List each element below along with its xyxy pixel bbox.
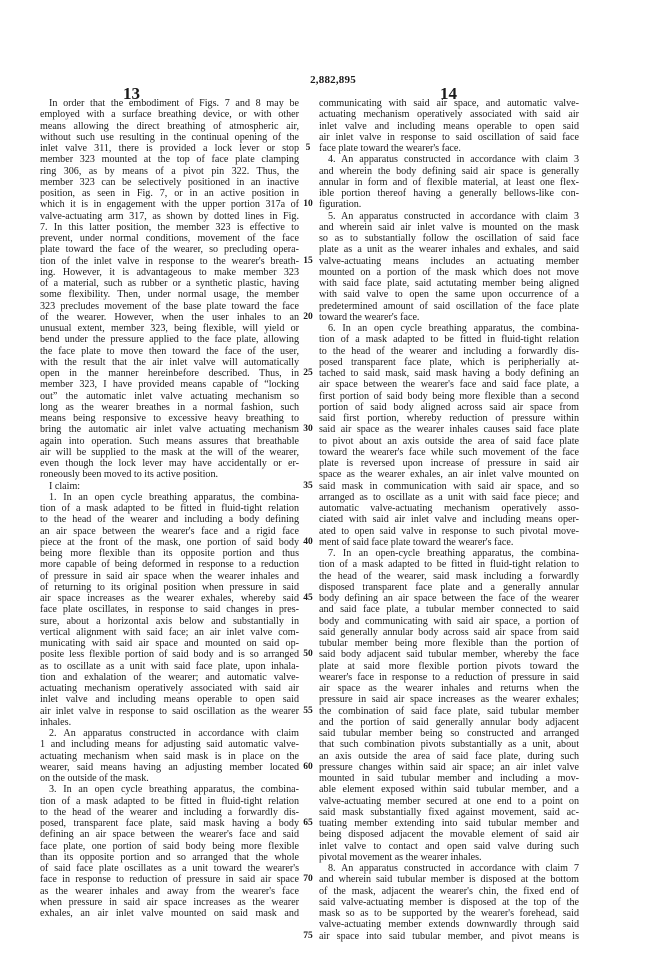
text-line: that such combination pivots substantial… xyxy=(319,739,579,750)
text-line: said air space as the wearer inhales cau… xyxy=(319,424,579,435)
text-line: of returning to its original position wh… xyxy=(40,582,299,593)
text-line: inlet valve and including means operable… xyxy=(319,121,579,132)
line-number: 45 xyxy=(300,593,316,604)
text-line: actuating mechanism operatively associat… xyxy=(319,109,579,120)
line-number: 60 xyxy=(300,762,316,773)
line-number: 5 xyxy=(300,143,316,154)
text-line: portion of said body aligned across said… xyxy=(319,402,579,413)
text-line: 323 precludes movement of the base plate… xyxy=(40,301,299,312)
text-line: said mask substantially fixed against mo… xyxy=(319,807,579,818)
text-line: and wherein said tubular member is dispo… xyxy=(319,874,579,885)
text-line: said first portion, whereby reduction of… xyxy=(319,413,579,424)
text-line: 5. An apparatus constructed in accordanc… xyxy=(319,211,579,222)
text-line: being more flexible than its opposite po… xyxy=(40,548,299,559)
text-line: the combination of said face plate, said… xyxy=(319,706,579,717)
text-line: than its opposite portion and so arrange… xyxy=(40,852,299,863)
text-line: actuating mechanism when said mask is in… xyxy=(40,751,299,762)
text-line: bring the automatic air inlet valve actu… xyxy=(40,424,299,435)
text-line: defining an air space between the wearer… xyxy=(40,829,299,840)
text-line: open in the manner hereinbefore describe… xyxy=(40,368,299,379)
text-line: disposed transparent face plate and a ge… xyxy=(319,582,579,593)
text-line: ing. However, it is advantageous to make… xyxy=(40,267,299,278)
text-line: mounted on a portion of the mask which d… xyxy=(319,267,579,278)
text-line: tion of a mask adapted to be fitted in f… xyxy=(40,503,299,514)
text-line: plate toward the face of the wearer, so … xyxy=(40,244,299,255)
text-line: arranged as to oscillate as a unit with … xyxy=(319,492,579,503)
text-line: of the mask, adjacent the wearer's chin,… xyxy=(319,886,579,897)
text-line: toward the wearer's face. xyxy=(319,312,579,323)
text-line: 4. An apparatus constructed in accordanc… xyxy=(319,154,579,165)
text-line: on the outside of the mask. xyxy=(40,773,299,784)
line-number: 65 xyxy=(300,818,316,829)
text-line: mask so as to be supported by the wearer… xyxy=(319,908,579,919)
text-line: 7. In an open-cycle breathing apparatus,… xyxy=(319,548,579,559)
text-line: and the portion of said generally annula… xyxy=(319,717,579,728)
text-line: vertical alignment with said face; an ai… xyxy=(40,627,299,638)
text-line: valve-actuating member secured at one en… xyxy=(319,796,579,807)
text-line: wearer's face in response to a reduction… xyxy=(319,672,579,683)
text-line: ated to open said valve in response to s… xyxy=(319,526,579,537)
text-line: actuating mechanism operatively associat… xyxy=(40,683,299,694)
left-text-column: In order that the embodiment of Figs. 7 … xyxy=(40,98,299,919)
text-line: face plate toward the wearer's face. xyxy=(319,143,579,154)
text-line: means allowing the direct breathing of a… xyxy=(40,121,299,132)
text-line: member 323, I have provided means capabl… xyxy=(40,379,299,390)
line-number: 30 xyxy=(300,424,316,435)
text-line: without such use resulting in the contin… xyxy=(40,132,299,143)
text-line: body and communicating with said air spa… xyxy=(319,616,579,627)
text-line: sure, about a horizontal axis below and … xyxy=(40,616,299,627)
text-line: said mask in communication with said air… xyxy=(319,481,579,492)
text-line: air inlet valve in response to said osci… xyxy=(40,706,299,717)
line-number: 40 xyxy=(300,537,316,548)
text-line: an air space between the wearer's face a… xyxy=(40,526,299,537)
text-line: said body adjacent said tubular member, … xyxy=(319,649,579,660)
line-number: 55 xyxy=(300,706,316,717)
text-line: exhales, an air inlet valve mounted on s… xyxy=(40,908,299,919)
line-number: 35 xyxy=(300,481,316,492)
text-line: roneously been moved to its active posit… xyxy=(40,469,299,480)
text-line: said generally annular body across said … xyxy=(319,627,579,638)
text-line: with the result that the air inlet valve… xyxy=(40,357,299,368)
text-line: pivotal movement as the wearer inhales. xyxy=(319,852,579,863)
text-line: valve-actuating arm 317, as shown by dot… xyxy=(40,211,299,222)
text-line: space as the wearer exhales, an air inle… xyxy=(319,469,579,480)
line-number: 20 xyxy=(300,312,316,323)
text-line: some flexibility. Then, under normal usa… xyxy=(40,289,299,300)
text-line: ring 306, as by means of a pivot pin 322… xyxy=(40,166,299,177)
text-line: air space increases as the wearer exhale… xyxy=(40,593,299,604)
text-line: an axis outside the area of said face pl… xyxy=(319,751,579,762)
text-line: piece at the front of the mask, one port… xyxy=(40,537,299,548)
patent-number: 2,882,895 xyxy=(0,74,666,86)
text-line: posite less flexible portion of said bod… xyxy=(40,649,299,660)
text-line: member 323 can be selectively positioned… xyxy=(40,177,299,188)
text-line: with said face plate, said actutating me… xyxy=(319,278,579,289)
text-line: inlet valve 311, there is provided a loc… xyxy=(40,143,299,154)
text-line: to the head of the wearer and including … xyxy=(40,514,299,525)
text-line: as to oscillate as a unit with said face… xyxy=(40,661,299,672)
text-line: of said face plate oscillates as a unit … xyxy=(40,863,299,874)
text-line: municating with said air space and mount… xyxy=(40,638,299,649)
text-line: body defining an air space between the f… xyxy=(319,593,579,604)
text-line: out” the automatic inlet valve actuating… xyxy=(40,391,299,402)
text-line: predetermined amount of said oscillation… xyxy=(319,301,579,312)
text-line: 8. An apparatus constructed in accordanc… xyxy=(319,863,579,874)
text-line: ment of said face plate toward the weare… xyxy=(319,537,579,548)
text-line: able element exposed within said tubular… xyxy=(319,784,579,795)
line-number: 25 xyxy=(300,368,316,379)
line-number: 50 xyxy=(300,649,316,660)
text-line: tion and exhalation of the wearer; and a… xyxy=(40,672,299,683)
text-line: which it is in engagement with the upper… xyxy=(40,199,299,210)
text-line: air inlet valve in response to said osci… xyxy=(319,132,579,143)
text-line: again into operation. Such means assures… xyxy=(40,436,299,447)
text-line: employed with a surface breathing device… xyxy=(40,109,299,120)
text-line: 6. In an open cycle breathing apparatus,… xyxy=(319,323,579,334)
text-line: 3. In an open cycle breathing apparatus,… xyxy=(40,784,299,795)
text-line: 7. In this latter position, the member 3… xyxy=(40,222,299,233)
line-number: 15 xyxy=(300,256,316,267)
text-line: air will be supplied to the mask at the … xyxy=(40,447,299,458)
text-line: of a material, such as rubber or a synth… xyxy=(40,278,299,289)
text-line: and said face plate, a tubular member co… xyxy=(319,604,579,615)
line-number: 70 xyxy=(300,874,316,885)
text-line: inlet valve and including means operable… xyxy=(40,694,299,705)
text-line: unusual extent, member 323, being flexib… xyxy=(40,323,299,334)
text-line: wearer, said means having an adjusting m… xyxy=(40,762,299,773)
text-line: plate at said more flexible portion pivo… xyxy=(319,661,579,672)
text-line: as the wearer inhales and away from the … xyxy=(40,886,299,897)
text-line: even though the lock lever may have acci… xyxy=(40,458,299,469)
text-line: I claim: xyxy=(40,481,299,492)
text-line: automatic valve-actuating mechanism oper… xyxy=(319,503,579,514)
text-line: air space between the wearer's face and … xyxy=(319,379,579,390)
text-line: tion of the inlet valve in response to t… xyxy=(40,256,299,267)
text-line: the face plate to move then toward the f… xyxy=(40,346,299,357)
text-line: 2. An apparatus constructed in accordanc… xyxy=(40,728,299,739)
text-line: being disposed adjacent the movable elem… xyxy=(319,829,579,840)
text-line: inlet valve to contact and open said val… xyxy=(319,841,579,852)
text-line: long as the wearer breathes in a normal … xyxy=(40,402,299,413)
text-line: means being responsive to excessive heav… xyxy=(40,413,299,424)
text-line: said tubular member being so constructed… xyxy=(319,728,579,739)
text-line: of pressure in said air space when the w… xyxy=(40,571,299,582)
text-line: 1. In an open cycle breathing apparatus,… xyxy=(40,492,299,503)
text-line: annular in form and of flexible material… xyxy=(319,177,579,188)
text-line: ciated with said air inlet valve and inc… xyxy=(319,514,579,525)
text-line: tion of a mask adapted to be fitted in f… xyxy=(319,334,579,345)
right-text-column: communicating with said air space, and a… xyxy=(319,98,579,942)
text-line: position, as seen in Fig. 7, or in an ac… xyxy=(40,188,299,199)
line-number: 10 xyxy=(300,199,316,210)
text-line: to the head of the wearer and including … xyxy=(40,807,299,818)
text-line: and wherein said air inlet valve is moun… xyxy=(319,222,579,233)
text-line: prevent, under normal conditions, moveme… xyxy=(40,233,299,244)
text-line: communicating with said air space, and a… xyxy=(319,98,579,109)
text-line: to the head of the wearer and including … xyxy=(319,346,579,357)
text-line: plate is reversed upon increase of press… xyxy=(319,458,579,469)
text-line: inhales. xyxy=(40,717,299,728)
text-line: face in response to reduction of pressur… xyxy=(40,874,299,885)
text-line: pressure changes within said air space; … xyxy=(319,762,579,773)
text-line: tuating member extending into said tubul… xyxy=(319,818,579,829)
text-line: of the wearer. However, when the user in… xyxy=(40,312,299,323)
text-line: face plate oscillates, in response to sa… xyxy=(40,604,299,615)
text-line: member 323 mounted at the top of face pl… xyxy=(40,154,299,165)
text-line: face plate, one portion of said body bei… xyxy=(40,841,299,852)
text-line: so as to substantially follow the oscill… xyxy=(319,233,579,244)
text-line: more capable of being deformed in respon… xyxy=(40,559,299,570)
text-line: valve-actuating member extends downwardl… xyxy=(319,919,579,930)
text-line: air space as the wearer inhales and retu… xyxy=(319,683,579,694)
text-line: the head of the wearer, said mask includ… xyxy=(319,571,579,582)
text-line: toward the wearer's face while such move… xyxy=(319,447,579,458)
text-line: air space into said tubular member, and … xyxy=(319,931,579,942)
text-line: 1 and including means for adjusting said… xyxy=(40,739,299,750)
text-line: tion of a mask adapted to be fitted in f… xyxy=(319,559,579,570)
text-line: tached to said mask, said mask having a … xyxy=(319,368,579,379)
text-line: ible portion thereof having a generally … xyxy=(319,188,579,199)
line-number: 75 xyxy=(300,931,316,942)
text-line: posed transparent face plate, which is p… xyxy=(319,357,579,368)
text-line: first portion of said body being more fl… xyxy=(319,391,579,402)
text-line: valve-actuating means includes an actuat… xyxy=(319,256,579,267)
text-line: mounted in said tubular member and inclu… xyxy=(319,773,579,784)
text-line: and wherein the body defining said air s… xyxy=(319,166,579,177)
text-line: posed, transparent face plate, said mask… xyxy=(40,818,299,829)
text-line: pressure in said air space increases as … xyxy=(319,694,579,705)
text-line: plate as a unit as the wearer inhales an… xyxy=(319,244,579,255)
text-line: tion of a mask adapted to be fitted in f… xyxy=(40,796,299,807)
text-line: to pivot about an axis outside the area … xyxy=(319,436,579,447)
text-line: bend under the pressure applied to the f… xyxy=(40,334,299,345)
text-line: when pressure in said air space increase… xyxy=(40,897,299,908)
text-line: said valve-actuating member is disposed … xyxy=(319,897,579,908)
text-line: figuration. xyxy=(319,199,579,210)
text-line: tubular member being more flexible than … xyxy=(319,638,579,649)
text-line: with said valve to open the same upon oc… xyxy=(319,289,579,300)
text-line: In order that the embodiment of Figs. 7 … xyxy=(40,98,299,109)
